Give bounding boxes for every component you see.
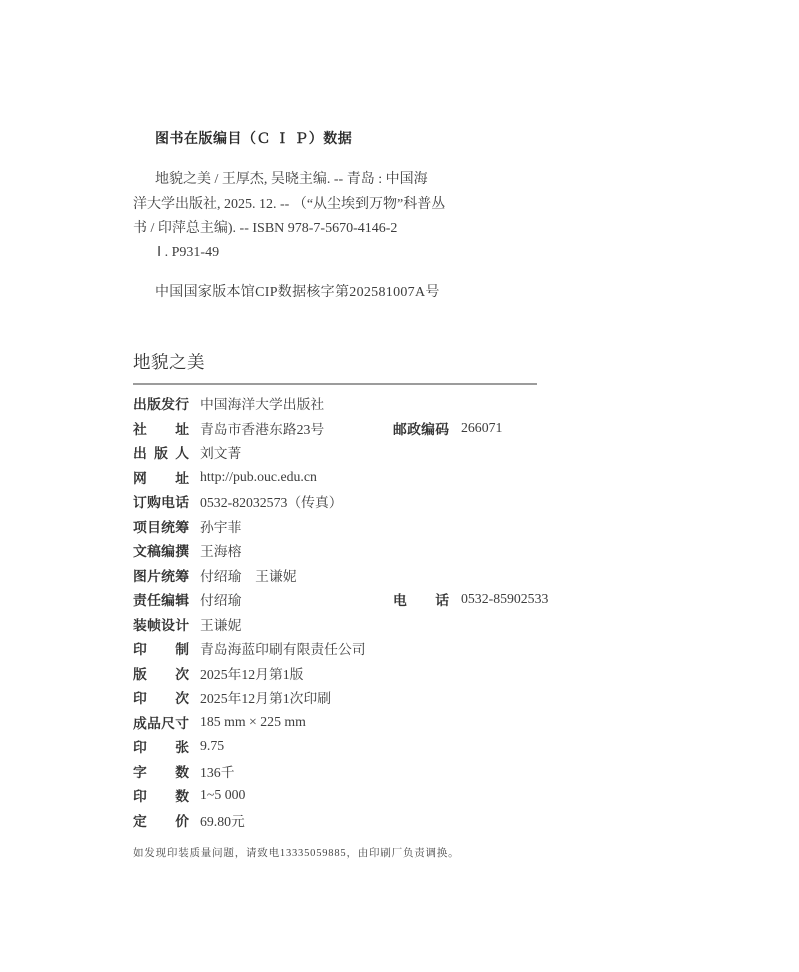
colophon-row-right-label: 电话 [393,589,449,609]
cip-description: 地貌之美 / 王厚杰, 吴晓主编. -- 青岛 : 中国海 洋大学出版社, 20… [133,168,563,242]
colophon-row-label: 责任编辑 [133,589,189,609]
colophon-row-label: 印制 [133,638,189,658]
colophon-row-value: 136千 [200,761,235,781]
colophon-row: 项目统筹孙宇菲 [133,514,773,539]
colophon-row-value: 孙宇菲 [200,516,241,536]
footer-note: 如发现印装质量问题，请致电13335059885，由印刷厂负责调换。 [133,846,459,862]
colophon-row: 印次2025年12月第1次印刷 [133,685,773,710]
horizontal-rule [133,383,537,385]
colophon-row: 图片统筹付绍瑜 王谦妮 [133,563,773,588]
colophon-row-value: 付绍瑜 王谦妮 [200,565,297,585]
colophon-row-label: 装帧设计 [133,614,189,634]
colophon-row-value: 1~5 000 [200,787,245,803]
colophon-row-label: 印数 [133,785,189,805]
colophon-row: 成品尺寸185 mm × 225 mm [133,710,773,735]
cip-line: 地貌之美 / 王厚杰, 吴晓主编. -- 青岛 : 中国海 [133,168,563,193]
colophon-row-value: 2025年12月第1次印刷 [200,687,331,707]
colophon-row: 印张9.75 [133,734,773,759]
cip-classification: Ⅰ . P931-49 [157,242,219,264]
colophon-row-label: 出版发行 [133,393,189,413]
colophon-row-label: 图片统筹 [133,565,189,585]
cip-header: 图书在版编目（Ｃ Ｉ Ｐ）数据 [155,128,352,148]
colophon-row-right-value: 266071 [461,420,502,436]
colophon-row: 字数136千 [133,759,773,784]
colophon-row-value: 刘文菁 [200,442,241,462]
colophon-row-label: 定价 [133,810,189,830]
colophon-row-right-label: 邮政编码 [393,418,449,438]
colophon-row: 装帧设计王谦妮 [133,612,773,637]
colophon-row-value: 0532-82032573（传真） [200,491,343,511]
colophon-row-right-value: 0532-85902533 [461,591,548,607]
colophon-row: 网址http://pub.ouc.edu.cn [133,465,773,490]
colophon-row-value: 付绍瑜 [200,589,241,609]
cip-record-number: 中国国家版本馆CIP数据核字第202581007A号 [155,282,440,304]
colophon-row: 出版人刘文菁 [133,440,773,465]
colophon-row: 印制青岛海蓝印刷有限责任公司 [133,636,773,661]
colophon-row: 责任编辑付绍瑜电话0532-85902533 [133,587,773,612]
colophon-row-value: 青岛市香港东路23号 [200,418,324,438]
colophon-row-value: 2025年12月第1版 [200,663,303,683]
cip-line: 书 / 印萍总主编). -- ISBN 978-7-5670-4146-2 [133,217,563,242]
colophon-row: 社址青岛市香港东路23号邮政编码266071 [133,416,773,441]
colophon-row-label: 成品尺寸 [133,712,189,732]
colophon-row-value: 9.75 [200,738,224,754]
colophon-row: 订购电话0532-82032573（传真） [133,489,773,514]
colophon-row-right-group: 电话0532-85902533 [393,587,548,612]
colophon-row-label: 项目统筹 [133,516,189,536]
colophon-row: 印数1~5 000 [133,783,773,808]
colophon-row-value: http://pub.ouc.edu.cn [200,469,317,485]
copyright-page: 图书在版编目（Ｃ Ｉ Ｐ）数据 地貌之美 / 王厚杰, 吴晓主编. -- 青岛 … [0,0,799,972]
colophon-row-right-group: 邮政编码266071 [393,416,502,441]
colophon-row-label: 网址 [133,467,189,487]
colophon-row-value: 185 mm × 225 mm [200,714,306,730]
colophon-row-label: 印张 [133,736,189,756]
cip-line: 洋大学出版社, 2025. 12. -- （“从尘埃到万物”科普丛 [133,193,563,218]
page-title: 地貌之美 [133,349,205,375]
colophon-row-label: 版次 [133,663,189,683]
colophon-row-label: 字数 [133,761,189,781]
colophon-row-label: 印次 [133,687,189,707]
colophon-row-value: 69.80元 [200,810,245,830]
colophon-row: 定价69.80元 [133,808,773,833]
colophon-row-label: 订购电话 [133,491,189,511]
colophon-row-value: 中国海洋大学出版社 [200,393,324,413]
colophon-row-label: 社址 [133,418,189,438]
colophon-row-value: 王谦妮 [200,614,241,634]
colophon-rows: 出版发行中国海洋大学出版社社址青岛市香港东路23号邮政编码266071出版人刘文… [133,391,773,832]
colophon-row-label: 文稿编撰 [133,540,189,560]
colophon-row: 出版发行中国海洋大学出版社 [133,391,773,416]
colophon-row: 版次2025年12月第1版 [133,661,773,686]
colophon-row-value: 青岛海蓝印刷有限责任公司 [200,638,366,658]
colophon-row-label: 出版人 [133,442,189,462]
colophon-row: 文稿编撰王海榕 [133,538,773,563]
colophon-row-value: 王海榕 [200,540,241,560]
